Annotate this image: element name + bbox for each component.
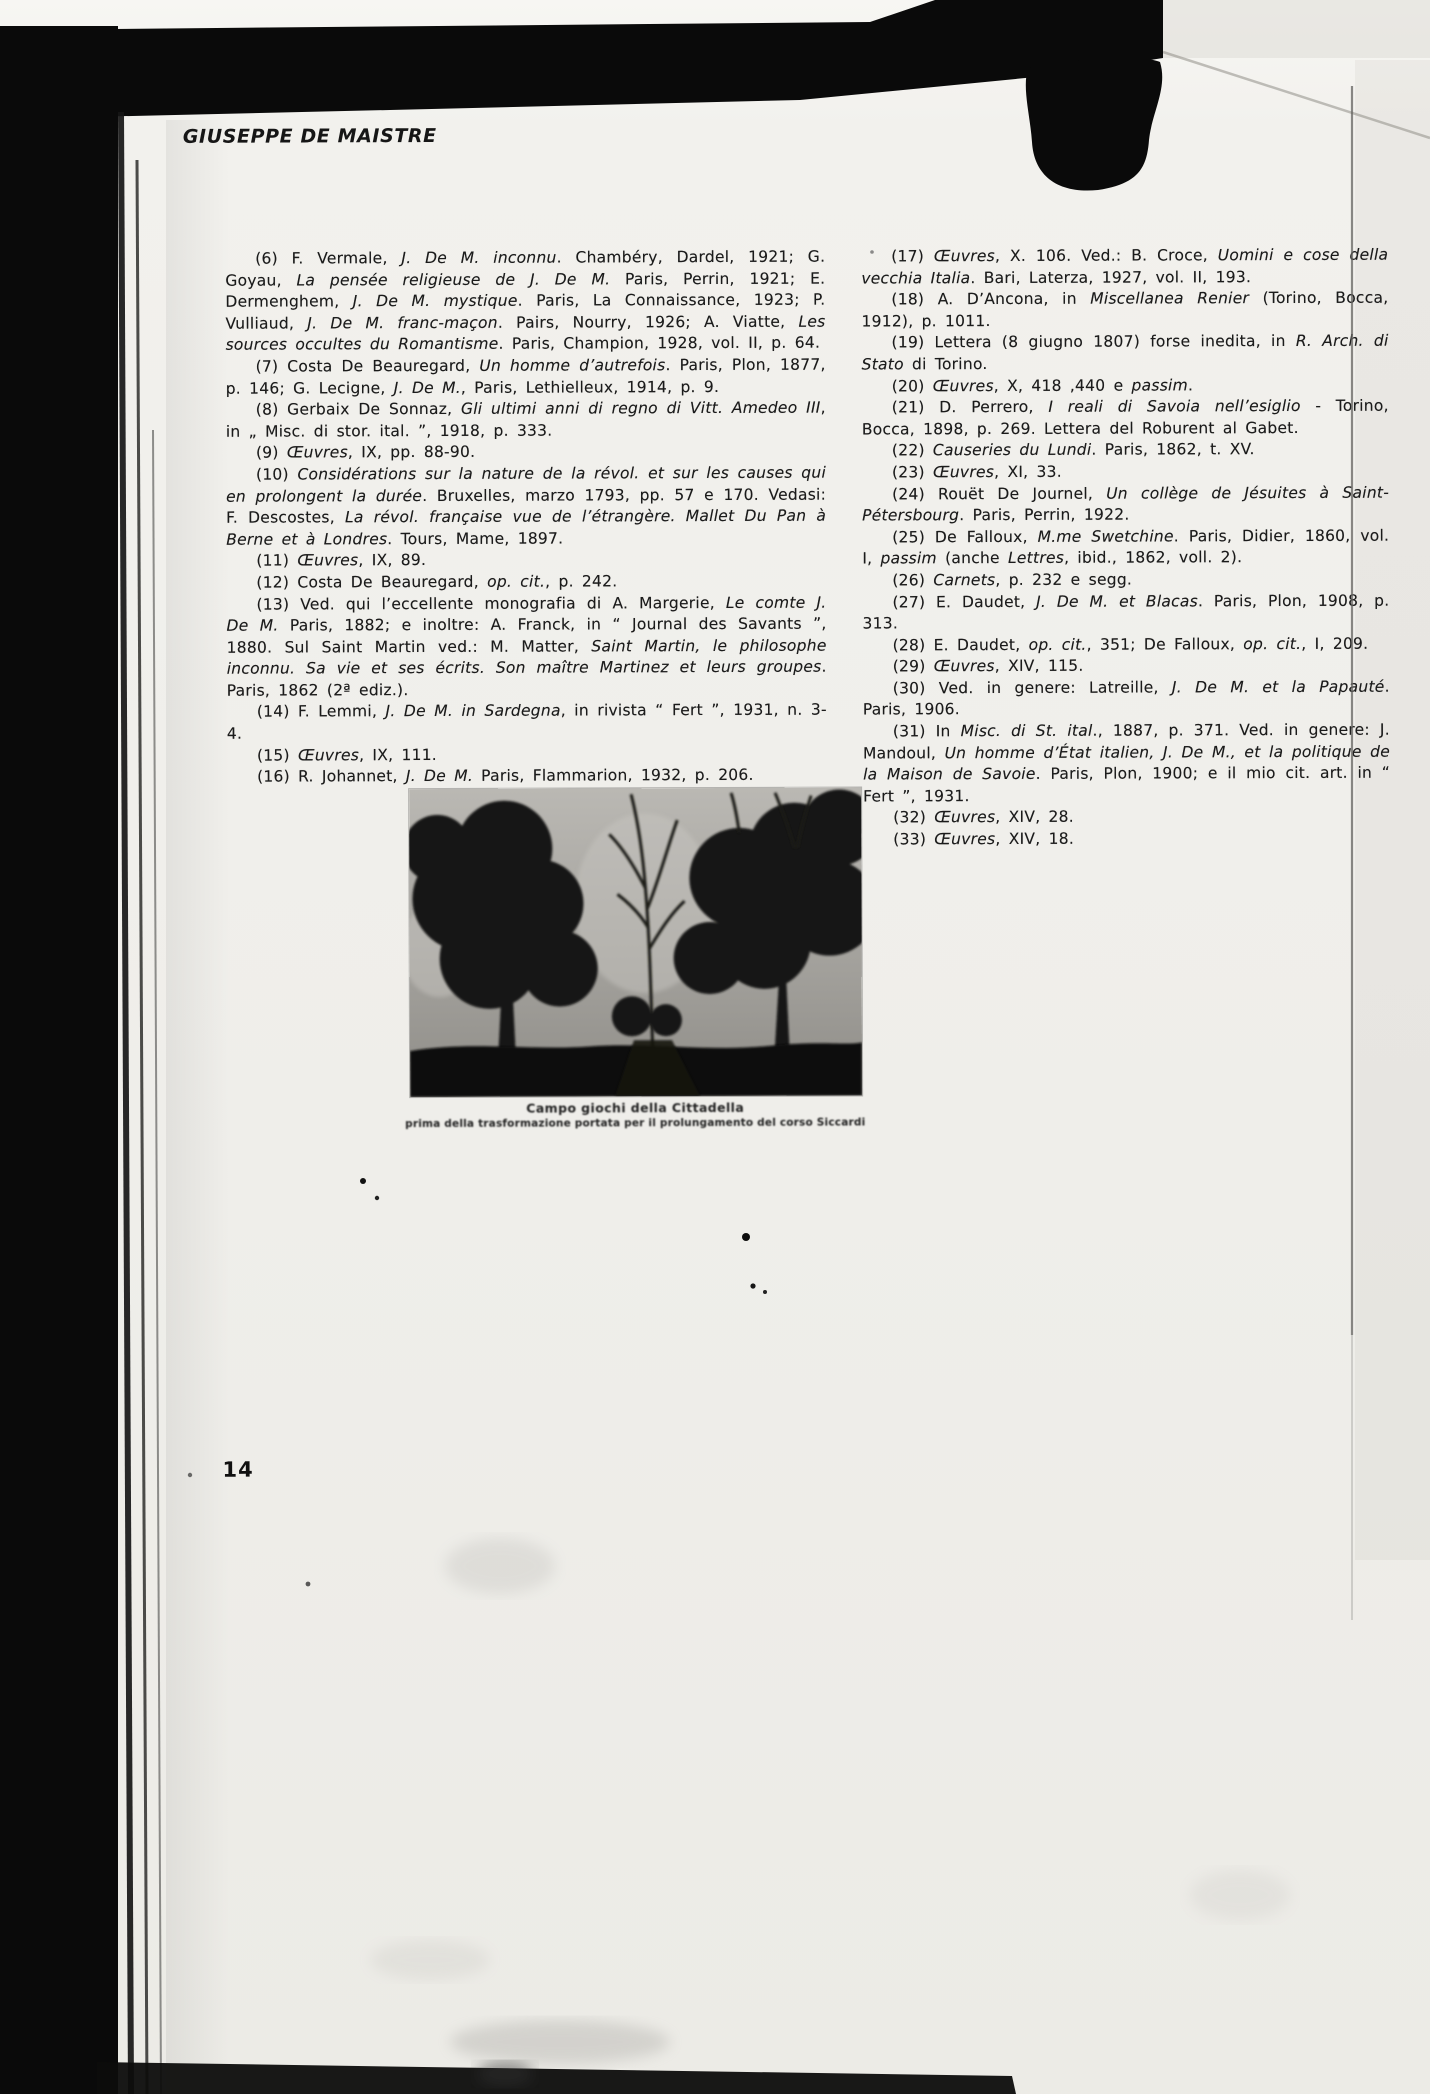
footnote-item: (26) Carnets, p. 232 e segg. (862, 569, 1389, 592)
footnote-item: (28) E. Daudet, op. cit., 351; De Fallou… (863, 633, 1390, 656)
footnote-item: (15) Œuvres, IX, 111. (227, 743, 827, 767)
footnote-item: (7) Costa De Beauregard, Un homme d’autr… (226, 355, 826, 400)
footnote-item: (11) Œuvres, IX, 89. (226, 549, 826, 573)
footnote-item: (8) Gerbaix De Sonnaz, Gli ultimi anni d… (226, 398, 826, 443)
footnote-item: (25) De Falloux, M.me Swetchine. Paris, … (862, 525, 1389, 570)
footnote-item: (31) In Misc. di St. ital., 1887, p. 371… (863, 720, 1390, 808)
page-number: 14 (222, 1458, 253, 1482)
photo-caption-line2: prima della trasformazione portata per i… (330, 1116, 940, 1130)
footnote-item: (17) Œuvres, X. 106. Ved.: B. Croce, Uom… (861, 245, 1388, 290)
scanned-book-page: GIUSEPPE DE MAISTRE (6) F. Vermale, J. D… (0, 0, 1430, 2094)
footnote-item: (18) A. D’Ancona, in Miscellanea Renier … (861, 288, 1388, 333)
footnote-item: (30) Ved. in genere: Latreille, J. De M.… (863, 677, 1390, 722)
footnote-item: (12) Costa De Beauregard, op. cit., p. 2… (226, 571, 826, 595)
photo-tree-silhouettes (409, 787, 862, 1097)
footnote-item: (29) Œuvres, XIV, 115. (863, 655, 1390, 678)
photo-caption: Campo giochi della Cittadella prima dell… (330, 1099, 940, 1130)
footnote-item: (14) F. Lemmi, J. De M. in Sardegna, in … (227, 700, 827, 745)
page-header-title: GIUSEPPE DE MAISTRE (183, 125, 437, 148)
footnote-item: (10) Considérations sur la nature de la … (226, 463, 826, 551)
page-content: GIUSEPPE DE MAISTRE (6) F. Vermale, J. D… (0, 0, 1430, 2094)
footnote-item: (24) Rouët De Journel, Un collège de Jés… (862, 482, 1389, 527)
footnote-item: (19) Lettera (8 giugno 1807) forse inedi… (862, 331, 1389, 376)
footnote-item: (21) D. Perrero, I reali di Savoia nell’… (862, 396, 1389, 441)
footnote-item: (13) Ved. qui l’eccellente monografia di… (226, 592, 826, 702)
footnote-item: (20) Œuvres, X, 418 ,440 e passim. (862, 374, 1389, 397)
footnote-item: (16) R. Johannet, J. De M. Paris, Flamma… (227, 765, 827, 789)
footnote-item: (32) Œuvres, XIV, 28. (863, 806, 1390, 829)
footnote-item: (6) F. Vermale, J. De M. inconnu. Chambé… (225, 247, 825, 357)
footnotes-column-left: (6) F. Vermale, J. De M. inconnu. Chambé… (225, 247, 827, 854)
footnotes-column-right: (17) Œuvres, X. 106. Ved.: B. Croce, Uom… (861, 245, 1390, 851)
photo-caption-line1: Campo giochi della Cittadella (330, 1099, 940, 1116)
footnote-item: (22) Causeries du Lundi. Paris, 1862, t.… (862, 439, 1389, 462)
footnote-item: (27) E. Daudet, J. De M. et Blacas. Pari… (862, 590, 1389, 635)
footnote-item: (9) Œuvres, IX, pp. 88-90. (226, 441, 826, 465)
footnotes-section: (6) F. Vermale, J. De M. inconnu. Chambé… (225, 245, 1392, 854)
footnote-item: (33) Œuvres, XIV, 18. (863, 828, 1390, 851)
footnote-item: (23) Œuvres, XI, 33. (862, 461, 1389, 484)
